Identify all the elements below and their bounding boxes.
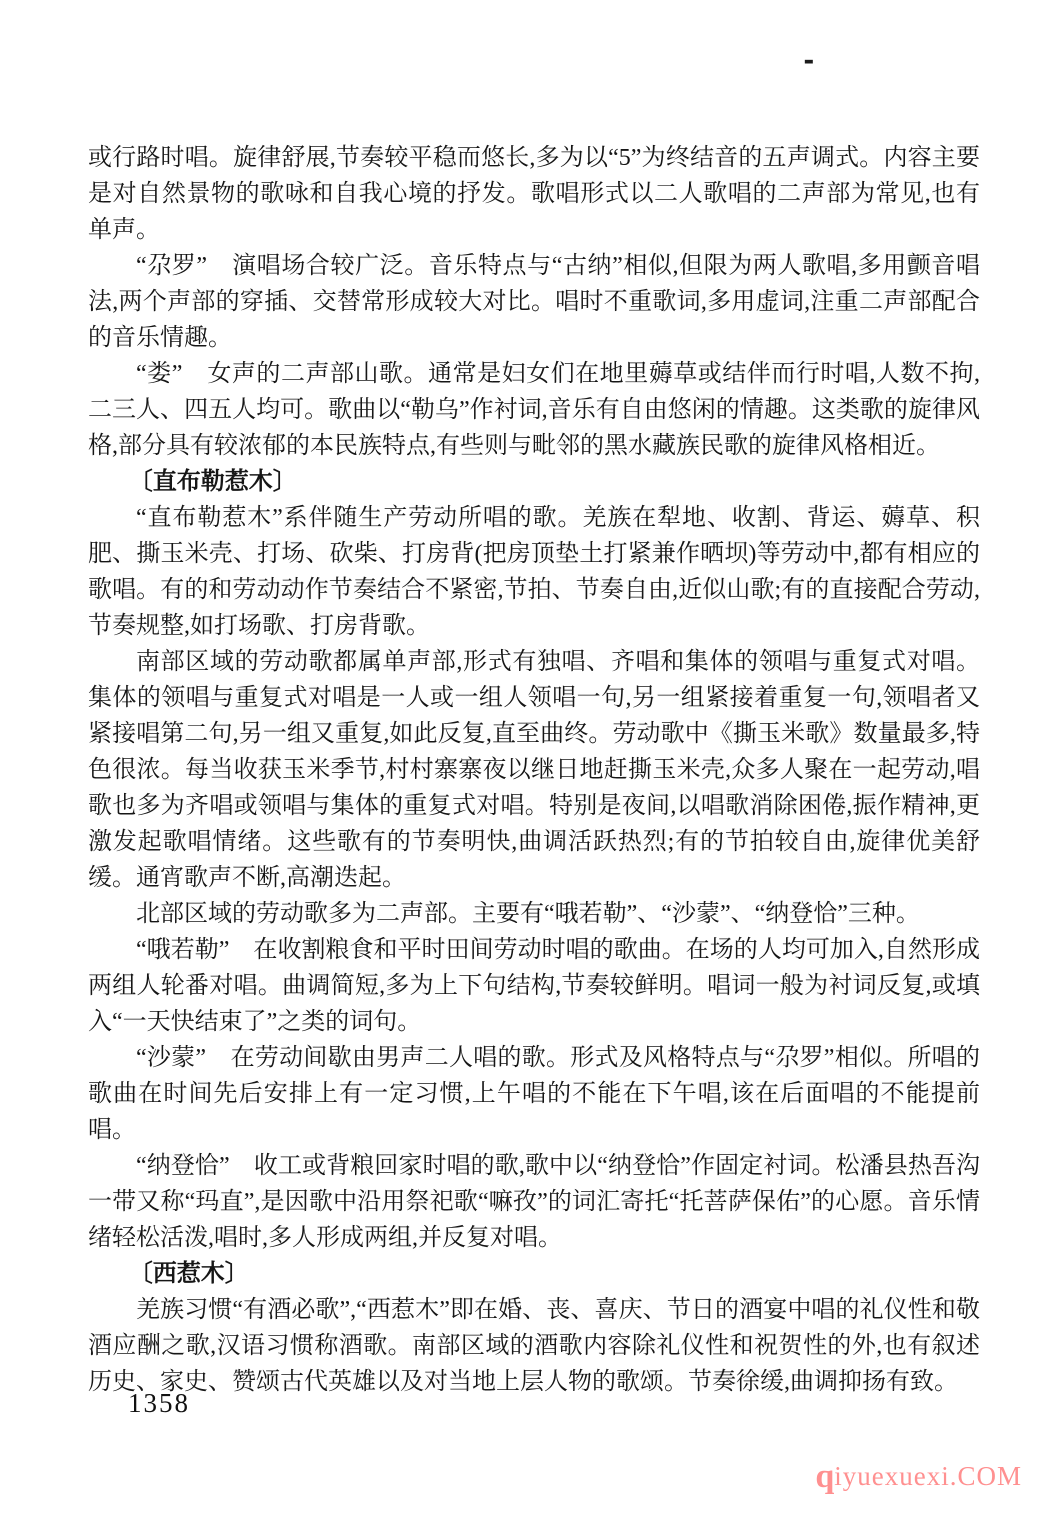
paragraph: “沙蒙” 在劳动间歇由男声二人唱的歌。形式及风格特点与“尕罗”相似。所唱的歌曲在… (88, 1040, 980, 1148)
paragraph: “直布勒惹木”系伴随生产劳动所唱的歌。羌族在犁地、收割、背运、薅草、积肥、撕玉米… (88, 500, 980, 644)
paragraph: “哦若勒” 在收割粮食和平时田间劳动时唱的歌曲。在场的人均可加入,自然形成两组人… (88, 932, 980, 1040)
watermark-logo-q: q (815, 1458, 834, 1495)
watermark-link[interactable]: qiyuexuexi.COM (815, 1458, 1022, 1496)
section-heading: 〔直布勒惹木〕 (88, 464, 980, 500)
section-heading: 〔西惹木〕 (88, 1256, 980, 1292)
paragraph: 羌族习惯“有酒必歌”,“西惹木”即在婚、丧、喜庆、节日的酒宴中唱的礼仪性和敬酒应… (88, 1292, 980, 1400)
paragraph: 南部区域的劳动歌都属单声部,形式有独唱、齐唱和集体的领唱与重复式对唱。集体的领唱… (88, 644, 980, 896)
paragraph: “尕罗” 演唱场合较广泛。音乐特点与“古纳”相似,但限为两人歌唱,多用颤音唱法,… (88, 248, 980, 356)
scan-artifact-dash: - (801, 48, 817, 74)
watermark-text: iyuexuexi.COM (834, 1461, 1022, 1491)
document-body: 或行路时唱。旋律舒展,节奏较平稳而悠长,多为以“5”为终结音的五声调式。内容主要… (88, 140, 980, 1400)
paragraph: “娄” 女声的二声部山歌。通常是妇女们在地里薅草或结伴而行时唱,人数不拘,二三人… (88, 356, 980, 464)
page-number: 1358 (128, 1388, 190, 1419)
paragraph: 北部区域的劳动歌多为二声部。主要有“哦若勒”、“沙蒙”、“纳登恰”三种。 (88, 896, 980, 932)
paragraph: 或行路时唱。旋律舒展,节奏较平稳而悠长,多为以“5”为终结音的五声调式。内容主要… (88, 140, 980, 248)
paragraph: “纳登恰” 收工或背粮回家时唱的歌,歌中以“纳登恰”作固定衬词。松潘县热吾沟一带… (88, 1148, 980, 1256)
scanned-book-page: - 或行路时唱。旋律舒展,节奏较平稳而悠长,多为以“5”为终结音的五声调式。内容… (0, 0, 1054, 1514)
